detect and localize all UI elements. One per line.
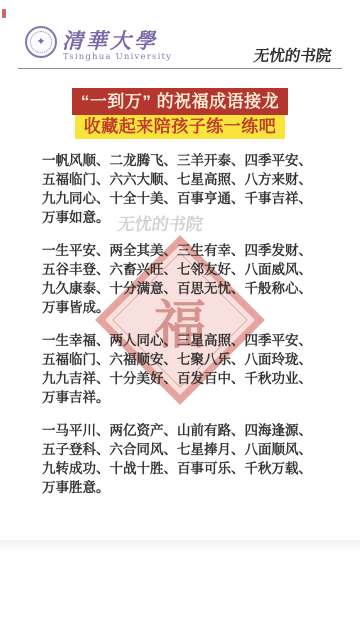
idiom-line: 九久康泰、十分满意、百思无忧、千般称心、 bbox=[42, 279, 342, 298]
idiom-line: 万事皆成。 bbox=[42, 298, 342, 317]
idiom-paragraph-2: 一生平安、两全其美、三生有幸、四季发财、 五谷丰登、六畜兴旺、七邻友好、八面威风… bbox=[42, 241, 342, 317]
idiom-line: 万事吉祥。 bbox=[42, 388, 342, 407]
tsinghua-seal-icon: ✦ bbox=[25, 26, 57, 58]
title-block: “一到万” 的祝福成语接龙 收藏起来陪孩子练一练吧 bbox=[0, 88, 360, 139]
seal-star-icon: ✦ bbox=[27, 28, 55, 56]
idiom-paragraph-3: 一生幸福、两人同心、三星高照、四季平安、 五福临门、六福顺安、七聚八乐、八面玲珑… bbox=[42, 331, 342, 407]
idiom-line: 九转成功、十战十胜、百事可乐、千秋万载、 bbox=[42, 459, 342, 478]
idiom-paragraph-4: 一马平川、两亿资产、山前有路、四海逢源、 五子登科、六合同风、七星捧月、八面顺风… bbox=[42, 421, 342, 497]
title-subtitle: 收藏起来陪孩子练一练吧 bbox=[75, 115, 286, 139]
idiom-line: 一生幸福、两人同心、三星高照、四季平安、 bbox=[42, 331, 342, 350]
idiom-line: 万事如意。 bbox=[42, 208, 342, 227]
studio-name: 无忧的书院 bbox=[253, 44, 334, 66]
idiom-line: 九九吉祥、十分美好、百发百中、千秋功业、 bbox=[42, 369, 342, 388]
poster-page: ✦ 清華大學 Tsinghua University 无忧的书院 “一到万” 的… bbox=[0, 0, 360, 640]
header-divider bbox=[18, 68, 342, 69]
idiom-line: 五福临门、六福顺安、七聚八乐、八面玲珑、 bbox=[42, 350, 342, 369]
bottom-fade bbox=[0, 540, 360, 552]
idiom-line: 一帆风顺、二龙腾飞、三羊开泰、四季平安、 bbox=[42, 151, 342, 170]
header: ✦ 清華大學 Tsinghua University 无忧的书院 bbox=[0, 0, 360, 70]
idiom-line: 五子登科、六合同风、七星捧月、八面顺风、 bbox=[42, 440, 342, 459]
idiom-body: 一帆风顺、二龙腾飞、三羊开泰、四季平安、 五福临门、六六大顺、七星高照、八方来财… bbox=[42, 151, 342, 511]
title-banner: “一到万” 的祝福成语接龙 bbox=[72, 88, 288, 115]
idiom-paragraph-1: 一帆风顺、二龙腾飞、三羊开泰、四季平安、 五福临门、六六大顺、七星高照、八方来财… bbox=[42, 151, 342, 227]
idiom-line: 万事胜意。 bbox=[42, 478, 342, 497]
idiom-line: 五谷丰登、六畜兴旺、七邻友好、八面威风、 bbox=[42, 260, 342, 279]
university-name-en: Tsinghua University bbox=[63, 52, 172, 62]
idiom-line: 一生平安、两全其美、三生有幸、四季发财、 bbox=[42, 241, 342, 260]
idiom-line: 一马平川、两亿资产、山前有路、四海逢源、 bbox=[42, 421, 342, 440]
idiom-line: 五福临门、六六大顺、七星高照、八方来财、 bbox=[42, 170, 342, 189]
idiom-line: 九九同心、十全十美、百事亨通、千事吉祥、 bbox=[42, 189, 342, 208]
university-name-cn: 清華大學 bbox=[62, 25, 158, 55]
